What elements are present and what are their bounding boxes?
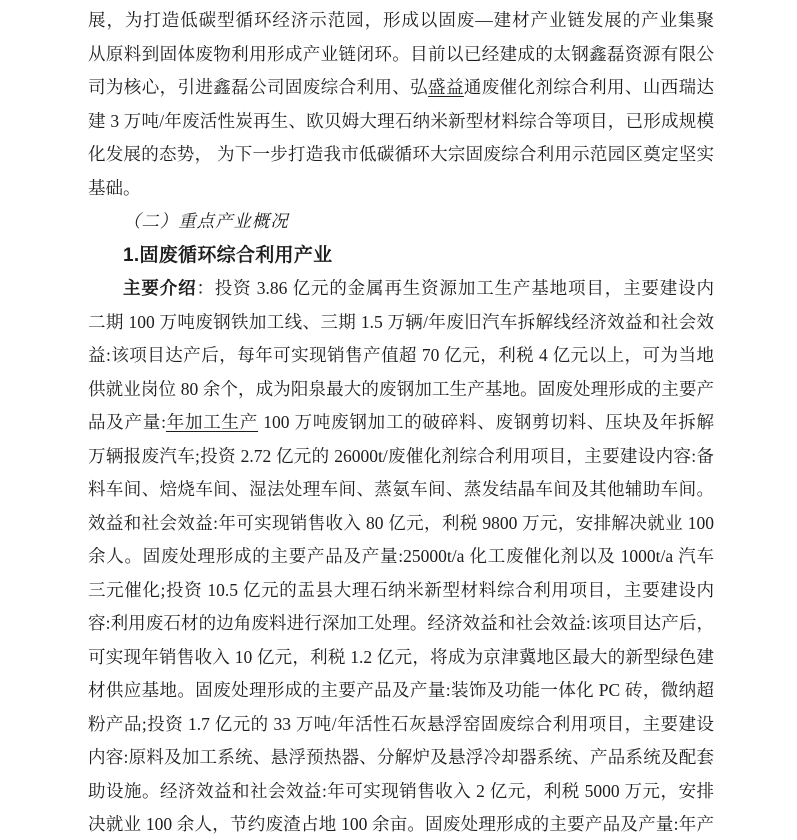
text-run: 料车间、焙烧车间、湿法处理车间、蒸氨车间、蒸发结晶车间及其他辅助车间。经济	[88, 479, 714, 507]
text-run: 展，为打造低碳型循环经济示范园，形成以固废—建材产业链发展的产业集聚区，	[88, 10, 714, 38]
text-run: 二期 100 万吨废钢铁加工线、三期 1.5 万辆/年废旧汽车拆解线经济效益和社…	[88, 312, 714, 332]
document-body: 展，为打造低碳型循环经济示范园，形成以固废—建材产业链发展的产业集聚区，从原料到…	[88, 4, 714, 840]
text-run: 供就业岗位 80 余个，成为阳泉最大的废钢加工生产基地。固废处理形成的主要产	[88, 379, 714, 399]
text-run: 司为核心，引进鑫磊公司固废综合利用、弘	[88, 77, 428, 97]
text-run: ：投资 3.86 亿元的金属再生资源加工生产基地项目，主要建设内容：	[123, 278, 714, 306]
text-run: 建 3 万吨/年废活性炭再生、欧贝姆大理石纳米新型材料综合等项目，已形成规模	[88, 111, 714, 131]
text-line: 二期 100 万吨废钢铁加工线、三期 1.5 万辆/年废旧汽车拆解线经济效益和社…	[88, 306, 714, 340]
underlined-run: 盛益	[428, 77, 464, 97]
text-run: 助设施。经济效益和社会效益:年可实现销售收入 2 亿元，利税 5000 万元，安…	[88, 781, 714, 809]
text-line: 展，为打造低碳型循环经济示范园，形成以固废—建材产业链发展的产业集聚区，	[88, 4, 714, 38]
text-run: 品及产量:	[88, 412, 166, 432]
text-line: 效益和社会效益:年可实现销售收入 80 亿元，利税 9800 万元，安排解决就业…	[88, 507, 714, 541]
text-run: 效益和社会效益:年可实现销售收入 80 亿元，利税 9800 万元，安排解决就业…	[88, 513, 714, 533]
text-run: 决就业 100 余人，节约废渣占地 100 余亩。固废处理形成的主要产品及产量:…	[88, 814, 714, 834]
text-line: 品及产量:年加工生产 100 万吨废钢加工的破碎料、废钢剪切料、压块及年拆解 1…	[88, 406, 714, 440]
text-run: 化发展的态势， 为下一步打造我市低碳循环大宗固废综合利用示范园区奠定坚实	[88, 144, 714, 164]
text-run: 可实现年销售收入 10 亿元，利税 1.2 亿元，将成为京津冀地区最大的新型绿色…	[88, 647, 714, 667]
text-line: 三元催化;投资 10.5 亿元的盂县大理石纳米新型材料综合利用项目，主要建设内	[88, 574, 714, 608]
text-run: 从原料到固体废物利用形成产业链闭环。目前以已经建成的太钢鑫磊资源有限公	[88, 44, 714, 64]
text-line: 益:该项目达产后，每年可实现销售产值超 70 亿元，利税 4 亿元以上，可为当地…	[88, 339, 714, 373]
text-run: 容:利用废石材的边角废料进行深加工处理。经济效益和社会效益:该项目达产后，	[88, 613, 714, 633]
text-run: 基础。	[88, 178, 141, 198]
text-run: （二）重点产业概况	[123, 211, 289, 231]
text-run: 内容:原料及加工系统、悬浮预热器、分解炉及悬浮冷却器系统、产品系统及配套辅	[88, 747, 714, 775]
text-line: 化发展的态势， 为下一步打造我市低碳循环大宗固废综合利用示范园区奠定坚实	[88, 138, 714, 172]
text-run: 1.固废循环综合利用产业	[123, 245, 332, 266]
text-line: 材供应基地。固废处理形成的主要产品及产量:装饰及功能一体化 PC 砖，微纳超细	[88, 674, 714, 708]
bold-run: 主要介绍	[123, 278, 196, 298]
text-line: 粉产品;投资 1.7 亿元的 33 万吨/年活性石灰悬浮窑固废综合利用项目，主要…	[88, 708, 714, 742]
text-line: 余人。固废处理形成的主要产品及产量:25000t/a 化工废催化剂以及 1000…	[88, 540, 714, 574]
text-line: 供就业岗位 80 余个，成为阳泉最大的废钢加工生产基地。固废处理形成的主要产	[88, 373, 714, 407]
text-line: 容:利用废石材的边角废料进行深加工处理。经济效益和社会效益:该项目达产后，	[88, 607, 714, 641]
document-page: 展，为打造低碳型循环经济示范园，形成以固废—建材产业链发展的产业集聚区，从原料到…	[0, 0, 797, 840]
subsection-heading: （二）重点产业概况	[88, 205, 714, 239]
section-heading: 1.固废循环综合利用产业	[88, 239, 714, 273]
text-run: 余人。固废处理形成的主要产品及产量:25000t/a 化工废催化剂以及 1000…	[88, 546, 714, 566]
text-run: 万辆报废汽车;投资 2.72 亿元的 26000t/废催化剂综合利用项目，主要建…	[88, 446, 714, 466]
underlined-run: 年加工生产	[166, 412, 258, 432]
text-line: 助设施。经济效益和社会效益:年可实现销售收入 2 亿元，利税 5000 万元，安…	[88, 775, 714, 809]
text-line: 料车间、焙烧车间、湿法处理车间、蒸氨车间、蒸发结晶车间及其他辅助车间。经济	[88, 473, 714, 507]
text-run: 材供应基地。固废处理形成的主要产品及产量:装饰及功能一体化 PC 砖，微纳超细	[88, 680, 714, 708]
text-line: 决就业 100 余人，节约废渣占地 100 余亩。固废处理形成的主要产品及产量:…	[88, 808, 714, 840]
text-line: 万辆报废汽车;投资 2.72 亿元的 26000t/废催化剂综合利用项目，主要建…	[88, 440, 714, 474]
text-line: 可实现年销售收入 10 亿元，利税 1.2 亿元，将成为京津冀地区最大的新型绿色…	[88, 641, 714, 675]
text-line: 建 3 万吨/年废活性炭再生、欧贝姆大理石纳米新型材料综合等项目，已形成规模	[88, 105, 714, 139]
text-line: 从原料到固体废物利用形成产业链闭环。目前以已经建成的太钢鑫磊资源有限公	[88, 38, 714, 72]
text-line: 内容:原料及加工系统、悬浮预热器、分解炉及悬浮冷却器系统、产品系统及配套辅	[88, 741, 714, 775]
text-run: 粉产品;投资 1.7 亿元的 33 万吨/年活性石灰悬浮窑固废综合利用项目，主要…	[88, 714, 714, 734]
text-run: 益:该项目达产后，每年可实现销售产值超 70 亿元，利税 4 亿元以上，可为当地…	[88, 345, 714, 373]
text-run: 三元催化;投资 10.5 亿元的盂县大理石纳米新型材料综合利用项目，主要建设内	[88, 580, 714, 600]
text-line: 基础。	[88, 172, 714, 206]
text-line: 主要介绍：投资 3.86 亿元的金属再生资源加工生产基地项目，主要建设内容：	[88, 272, 714, 306]
text-line: 司为核心，引进鑫磊公司固废综合利用、弘盛益通废催化剂综合利用、山西瑞达新	[88, 71, 714, 105]
